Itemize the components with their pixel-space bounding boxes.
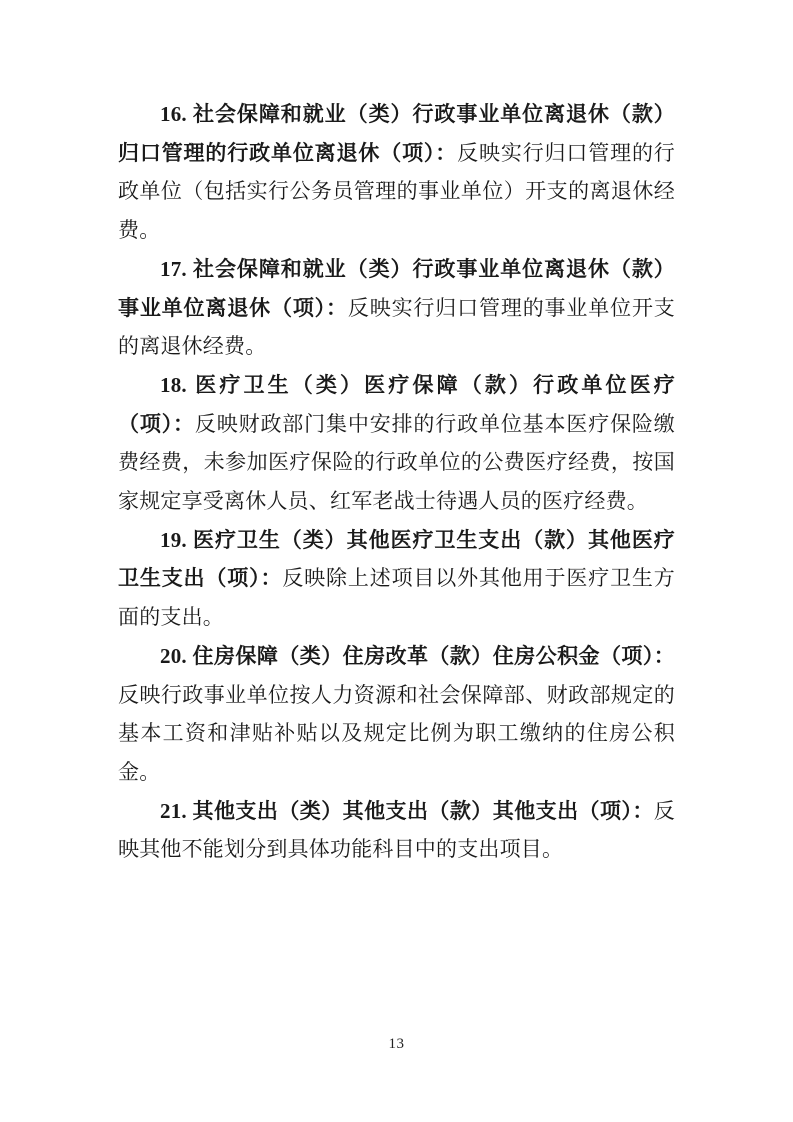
paragraph-item-19: 19. 医疗卫生（类）其他医疗卫生支出（款）其他医疗卫生支出（项）：反映除上述项…	[118, 521, 675, 637]
paragraph-20-body: 反映行政事业单位按人力资源和社会保障部、财政部规定的基本工资和津贴补贴以及规定比…	[118, 683, 675, 784]
document-body: 16. 社会保障和就业（类）行政事业单位离退休（款）归口管理的行政单位离退休（项…	[118, 95, 675, 869]
paragraph-18-body: 反映财政部门集中安排的行政单位基本医疗保险缴费经费，未参加医疗保险的行政单位的公…	[118, 412, 675, 513]
paragraph-item-20: 20. 住房保障（类）住房改革（款）住房公积金（项）：反映行政事业单位按人力资源…	[118, 637, 675, 792]
paragraph-item-18: 18. 医疗卫生（类）医疗保障（款）行政单位医疗（项）：反映财政部门集中安排的行…	[118, 366, 675, 521]
document-page: 16. 社会保障和就业（类）行政事业单位离退休（款）归口管理的行政单位离退休（项…	[0, 0, 793, 1122]
paragraph-20-heading: 20. 住房保障（类）住房改革（款）住房公积金（项）：	[160, 644, 675, 668]
paragraph-item-21: 21. 其他支出（类）其他支出（款）其他支出（项）：反映其他不能划分到具体功能科…	[118, 792, 675, 869]
paragraph-item-17: 17. 社会保障和就业（类）行政事业单位离退休（款）事业单位离退休（项）：反映实…	[118, 250, 675, 366]
page-number: 13	[0, 1036, 793, 1053]
paragraph-item-16: 16. 社会保障和就业（类）行政事业单位离退休（款）归口管理的行政单位离退休（项…	[118, 95, 675, 250]
paragraph-21-heading: 21. 其他支出（类）其他支出（款）其他支出（项）：	[160, 799, 654, 823]
